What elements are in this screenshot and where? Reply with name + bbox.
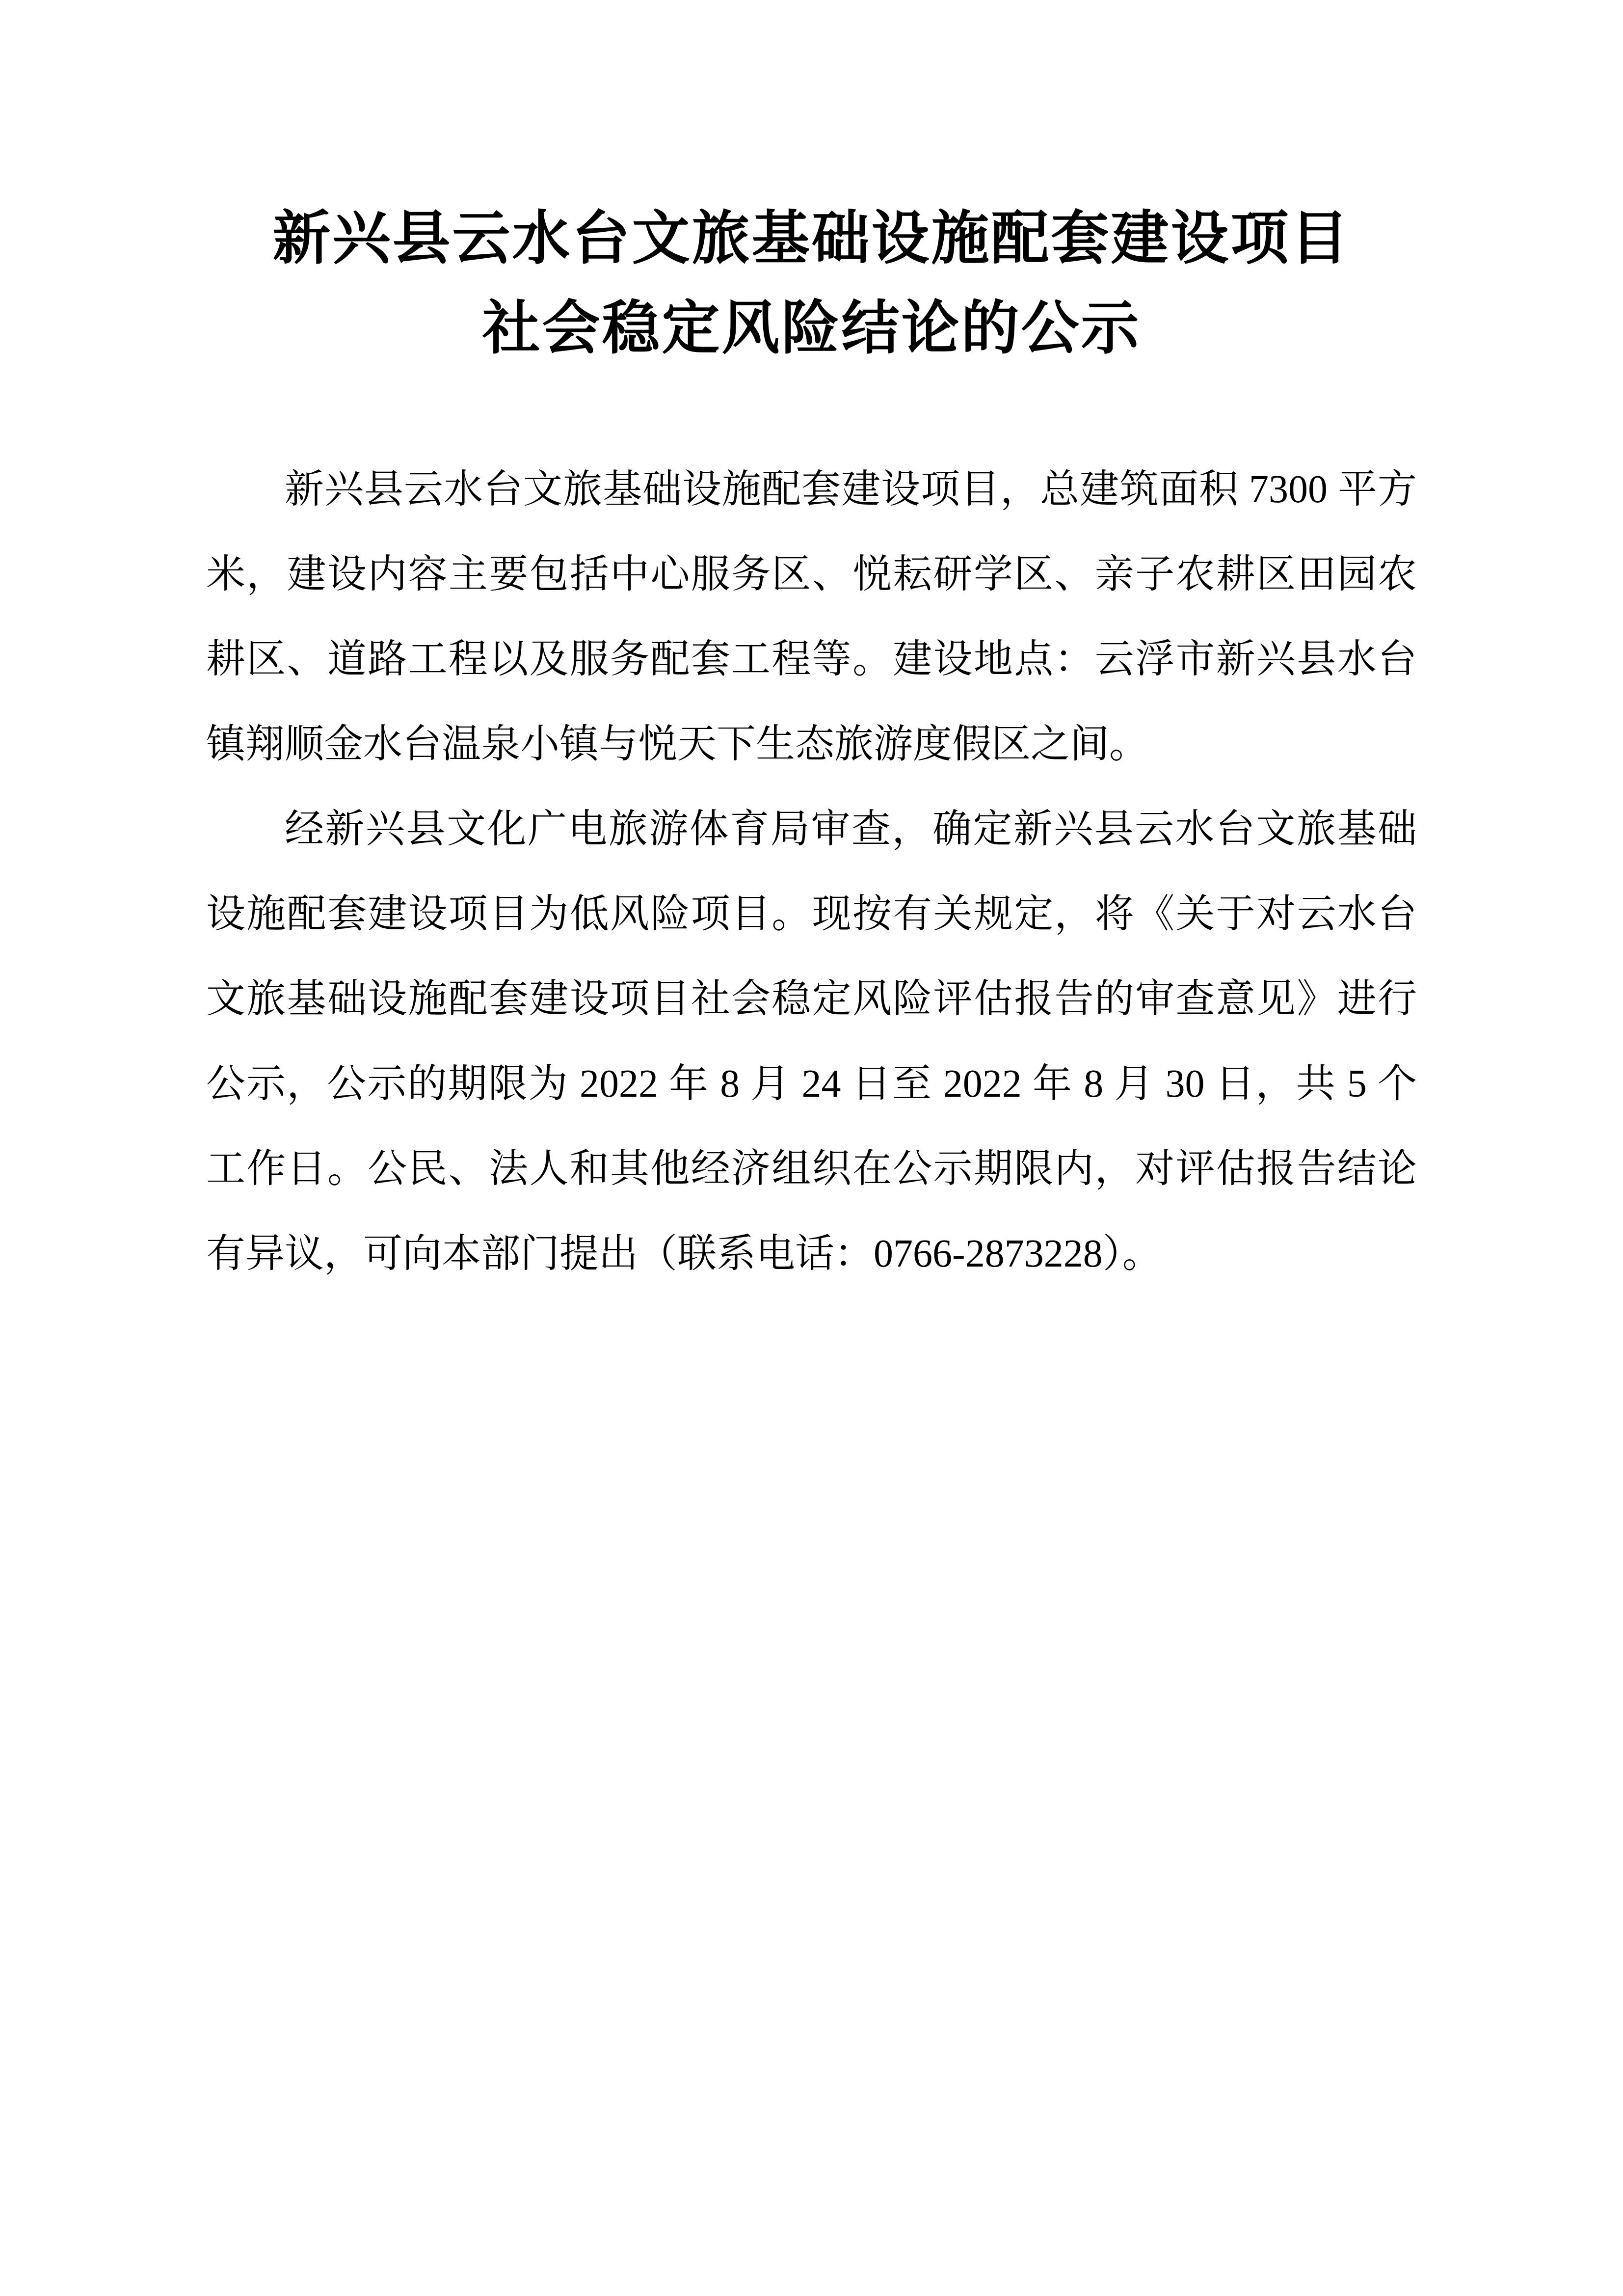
paragraph-project-overview: 新兴县云水台文旅基础设施配套建设项目，总建筑面积 7300 平方米，建设内容主要… bbox=[206, 447, 1417, 787]
document-page: 新兴县云水台文旅基础设施配套建设项目 社会稳定风险结论的公示 新兴县云水台文旅基… bbox=[0, 0, 1623, 2296]
document-title-line-1: 新兴县云水台文旅基础设施配套建设项目 bbox=[206, 194, 1417, 284]
document-title-line-2: 社会稳定风险结论的公示 bbox=[206, 284, 1417, 374]
paragraph-review-conclusion: 经新兴县文化广电旅游体育局审查，确定新兴县云水台文旅基础设施配套建设项目为低风险… bbox=[206, 787, 1417, 1297]
document-title: 新兴县云水台文旅基础设施配套建设项目 社会稳定风险结论的公示 bbox=[206, 194, 1417, 374]
document-body: 新兴县云水台文旅基础设施配套建设项目，总建筑面积 7300 平方米，建设内容主要… bbox=[206, 447, 1417, 1297]
